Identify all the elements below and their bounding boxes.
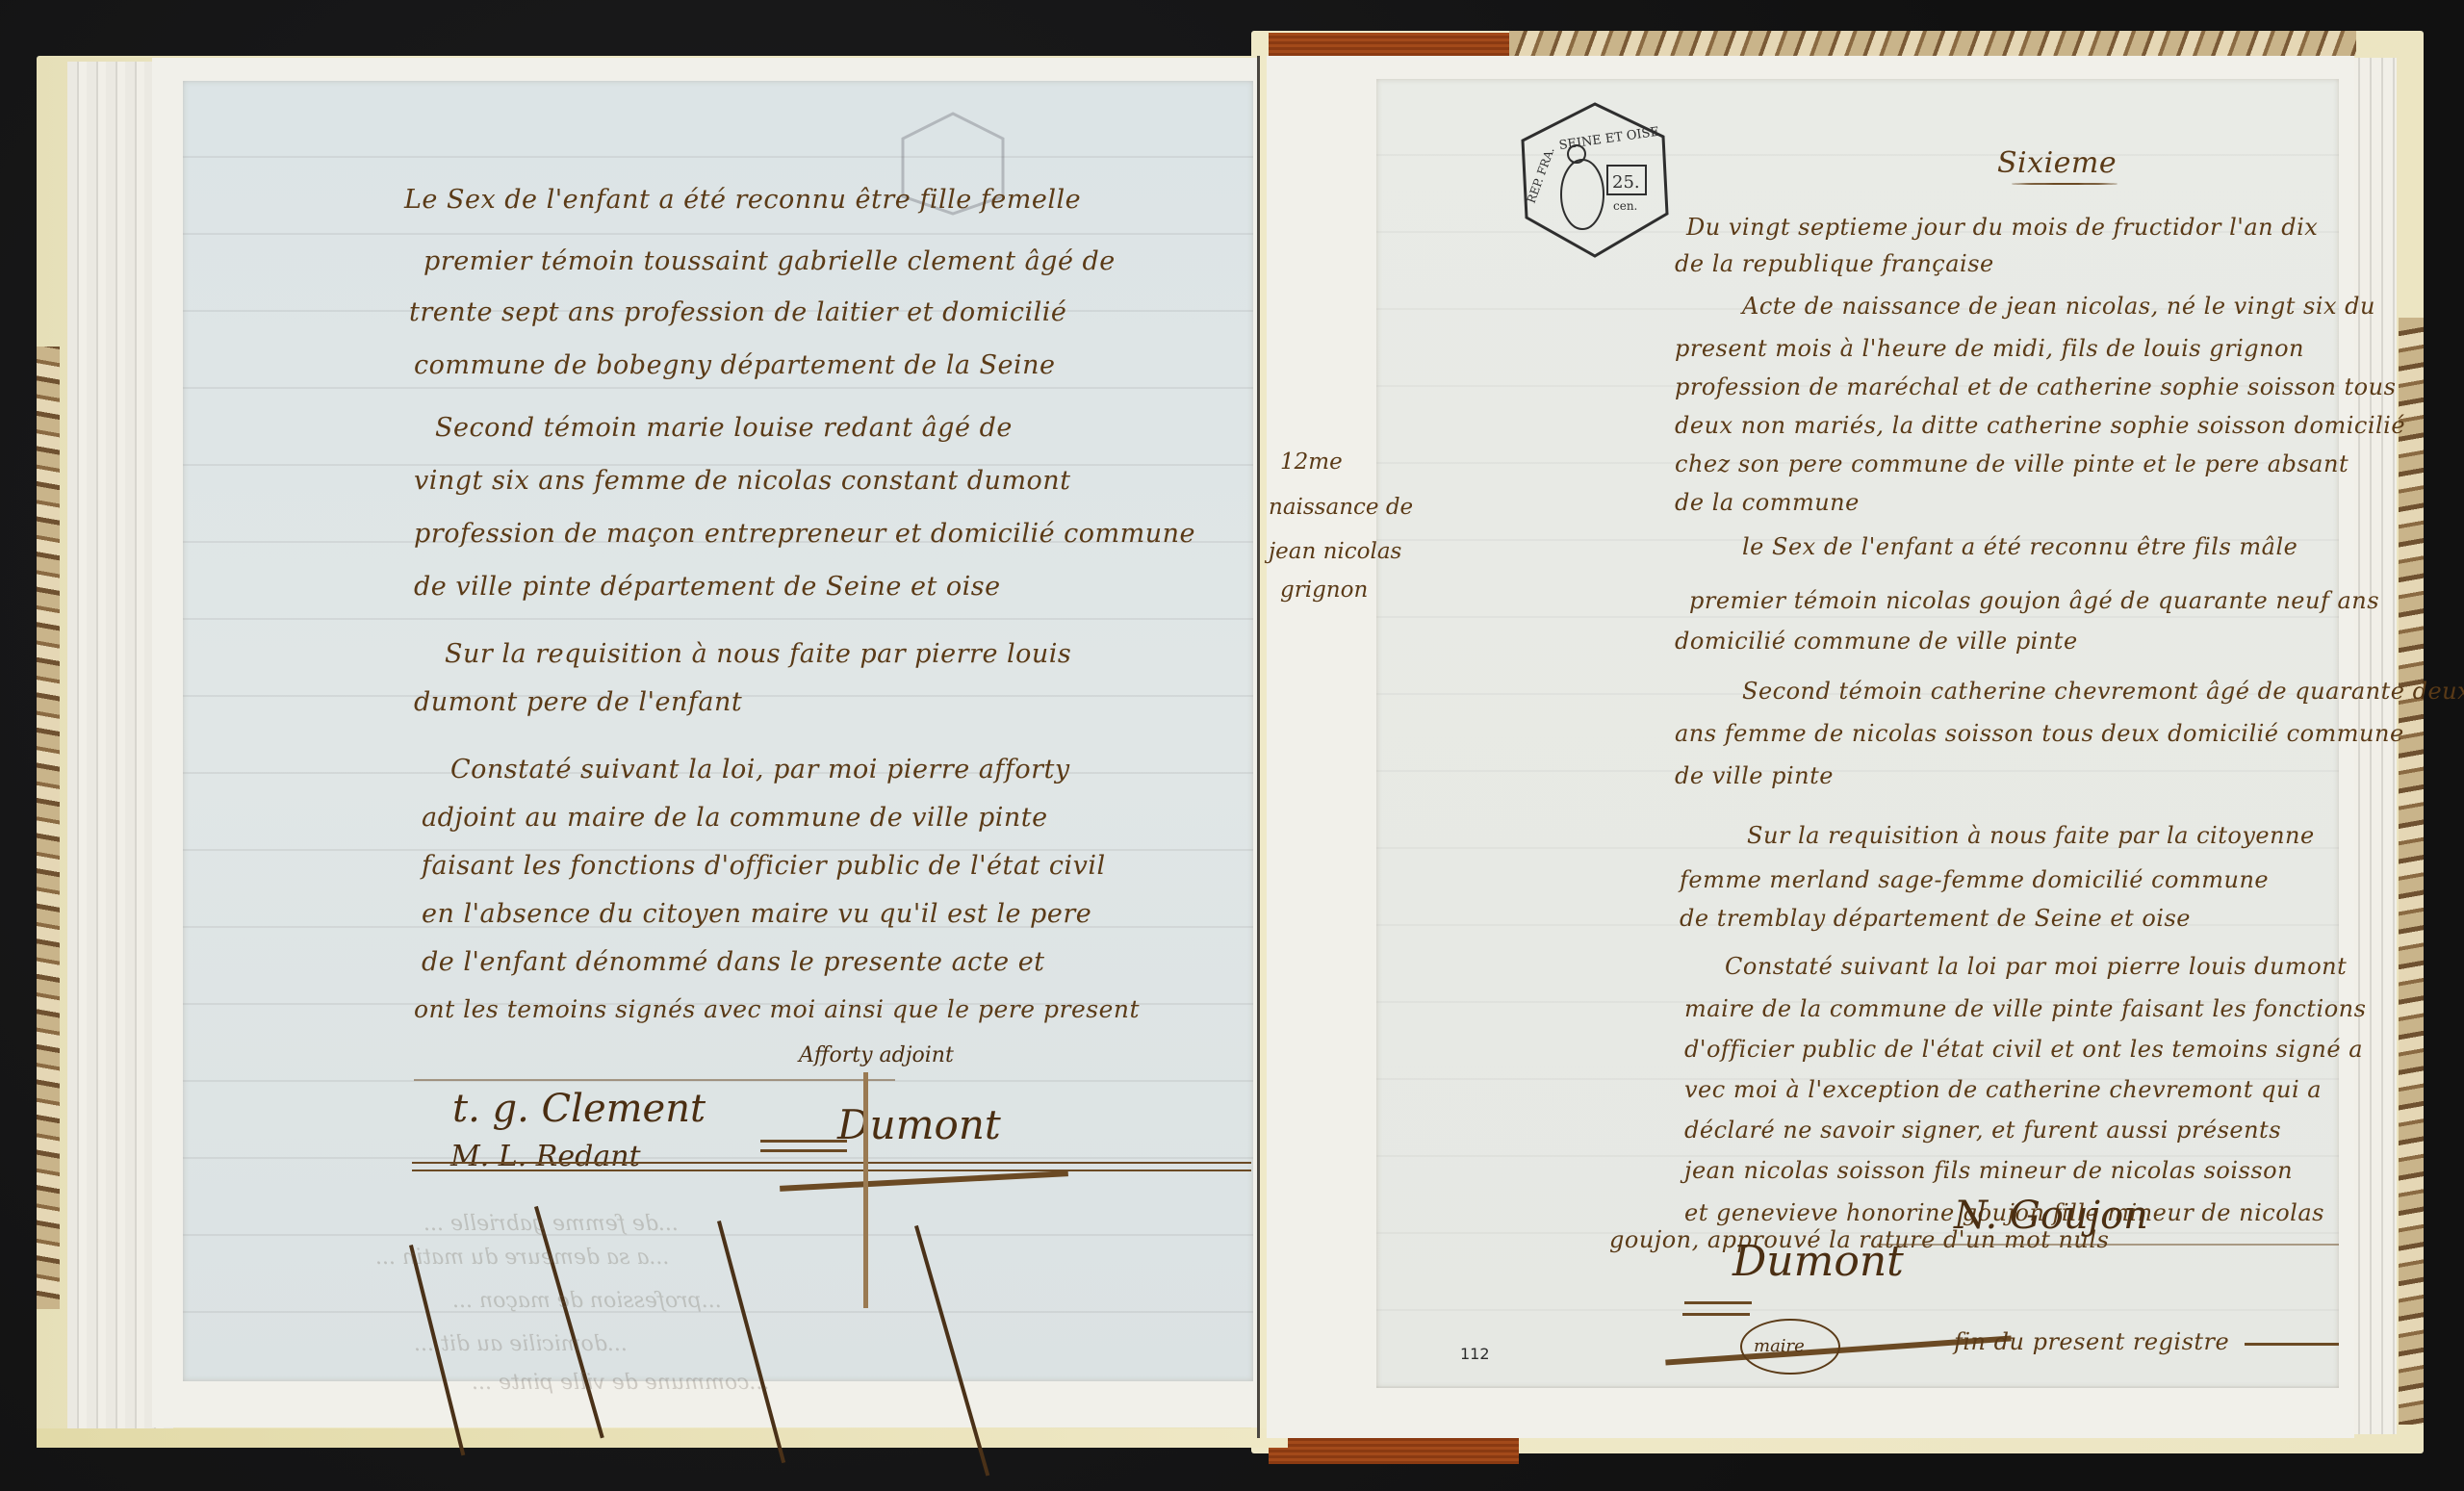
left-manuscript-sheet: Le Sex de l'enfant a été reconnu être fi…	[183, 81, 1253, 1381]
vellum-edge-bottom	[37, 1428, 1288, 1448]
vertical-cancel-stroke	[863, 1072, 868, 1308]
stamp-text-left: REP. FRA.	[1525, 145, 1557, 205]
handwritten-line: ont les temoins signés avec moi ainsi qu…	[414, 995, 1140, 1023]
margin-note-line: jean nicolas	[1269, 539, 1401, 564]
handwritten-line: vec moi à l'exception de catherine chevr…	[1684, 1076, 2322, 1103]
handwritten-line: dumont pere de l'enfant	[414, 687, 742, 717]
leather-spine-top	[1269, 33, 1509, 56]
handwritten-line: d'officier public de l'état civil et ont…	[1684, 1036, 2363, 1063]
signature-witness-redant: M. L. Redant	[450, 1140, 641, 1173]
handwritten-line: de la commune	[1675, 489, 1860, 516]
handwritten-line: jean nicolas soisson fils mineur de nico…	[1684, 1157, 2293, 1184]
handwritten-line: de ville pinte département de Seine et o…	[414, 572, 1001, 602]
stamp-value: 25.	[1612, 172, 1640, 193]
faint-rule	[414, 1079, 895, 1081]
closing-dash	[2245, 1343, 2339, 1346]
handwritten-line: de la republique française	[1675, 250, 1994, 277]
handwritten-line: vingt six ans femme de nicolas constant …	[414, 466, 1071, 496]
handwritten-line: Second témoin catherine chevremont âgé d…	[1742, 678, 2464, 705]
handwritten-line: Second témoin marie louise redant âgé de	[435, 413, 1013, 443]
bleed-through-text: ...de femme gabrielle ...	[423, 1212, 679, 1236]
handwritten-line: déclaré ne savoir signer, et furent auss…	[1684, 1117, 2281, 1144]
signature-witness-goujon: N. Goujon	[1954, 1194, 2148, 1238]
signature-flourish	[1682, 1313, 1750, 1316]
right-manuscript-sheet: SEINE ET OISE REP. FRA. 25. cen. Sixieme…	[1376, 79, 2339, 1388]
signature-witness-clement: t. g. Clement	[452, 1087, 706, 1131]
signature-flourish	[760, 1149, 847, 1152]
signature-flourish	[760, 1140, 847, 1143]
signature-rule	[1877, 1244, 2339, 1246]
handwritten-line: Du vingt septieme jour du mois de fructi…	[1686, 214, 2318, 241]
closing-double-rule	[412, 1170, 1251, 1171]
folio-number: 112	[1460, 1345, 1490, 1363]
signature-flourish	[1684, 1301, 1752, 1304]
handwritten-line: domicilié commune de ville pinte	[1675, 628, 2078, 655]
handwritten-line: adjoint au maire de la commune de ville …	[422, 803, 1048, 833]
handwritten-line: maire de la commune de ville pinte faisa…	[1684, 995, 2366, 1022]
marbled-paper-right	[2399, 318, 2424, 1425]
bleed-through-text: ...domicilie au dit ...	[414, 1332, 628, 1356]
handwritten-line: de ville pinte	[1675, 762, 1834, 789]
stamp-text-top: SEINE ET OISE	[1558, 125, 1660, 153]
handwritten-line: femme merland sage-femme domicilié commu…	[1680, 866, 2269, 893]
handwritten-line: profession de maréchal et de catherine s…	[1675, 373, 2396, 400]
handwritten-line: Acte de naissance de jean nicolas, né le…	[1742, 293, 2375, 320]
handwritten-line: trente sept ans profession de laitier et…	[409, 297, 1066, 327]
heading-flourish	[2012, 183, 2117, 185]
handwritten-line: present mois à l'heure de midi, fils de …	[1675, 335, 2304, 362]
handwritten-line: chez son pere commune de ville pinte et …	[1675, 450, 2348, 477]
handwritten-line: Constaté suivant la loi, par moi pierre …	[450, 755, 1070, 784]
signature-mayor-dumont: Dumont	[1732, 1237, 1904, 1286]
handwritten-line: premier témoin toussaint gabrielle cleme…	[423, 246, 1116, 276]
handwritten-line: Sur la requisition à nous faite par la c…	[1747, 822, 2315, 849]
handwritten-line: ans femme de nicolas soisson tous deux d…	[1675, 720, 2404, 747]
margin-note-line: naissance de	[1269, 495, 1413, 520]
bleed-through-text: ...commune de ville pinte ...	[472, 1371, 769, 1395]
bleed-through-text: ...profession de maçon ...	[452, 1289, 722, 1313]
handwritten-line: profession de maçon entrepreneur et domi…	[414, 519, 1195, 549]
handwritten-line: commune de bobegny département de la Sei…	[414, 350, 1056, 380]
leather-spine-bottom	[1269, 1437, 1519, 1464]
handwritten-line: Le Sex de l'enfant a été reconnu être fi…	[404, 185, 1081, 215]
book-gutter	[1257, 56, 1260, 1438]
handwritten-line: deux non mariés, la ditte catherine soph…	[1675, 412, 2405, 439]
stamp-unit: cen.	[1613, 199, 1637, 213]
handwritten-line: le Sex de l'enfant a été reconnu être fi…	[1742, 533, 2297, 560]
handwritten-line: de tremblay département de Seine et oise	[1680, 905, 2191, 932]
signature-father-dumont: Dumont	[837, 1101, 1001, 1148]
margin-note-line: grignon	[1280, 578, 1368, 603]
handwritten-line: faisant les fonctions d'officier public …	[422, 851, 1106, 881]
register-closing-note: fin du present registre	[1954, 1328, 2229, 1355]
tax-stamp-icon: SEINE ET OISE REP. FRA. 25. cen.	[1513, 98, 1677, 262]
margin-note-line: 12me	[1280, 450, 1343, 475]
marbled-paper-left	[37, 347, 60, 1309]
handwritten-line: en l'absence du citoyen maire vu qu'il e…	[422, 899, 1091, 929]
handwritten-line: premier témoin nicolas goujon âgé de qua…	[1689, 587, 2379, 614]
entry-heading: Sixieme	[1997, 146, 2117, 180]
bleed-through-text: ...a sa demeure du matin ...	[375, 1246, 669, 1270]
handwritten-line: Sur la requisition à nous faite par pier…	[445, 639, 1071, 669]
signature-adjoint: Afforty adjoint	[799, 1043, 954, 1067]
handwritten-line: Constaté suivant la loi par moi pierre l…	[1725, 953, 2347, 980]
closing-double-rule	[412, 1162, 1251, 1164]
handwritten-line: de l'enfant dénommé dans le presente act…	[422, 947, 1045, 977]
mayor-title: maire	[1754, 1336, 1805, 1356]
marbled-paper-top	[1509, 31, 2356, 56]
